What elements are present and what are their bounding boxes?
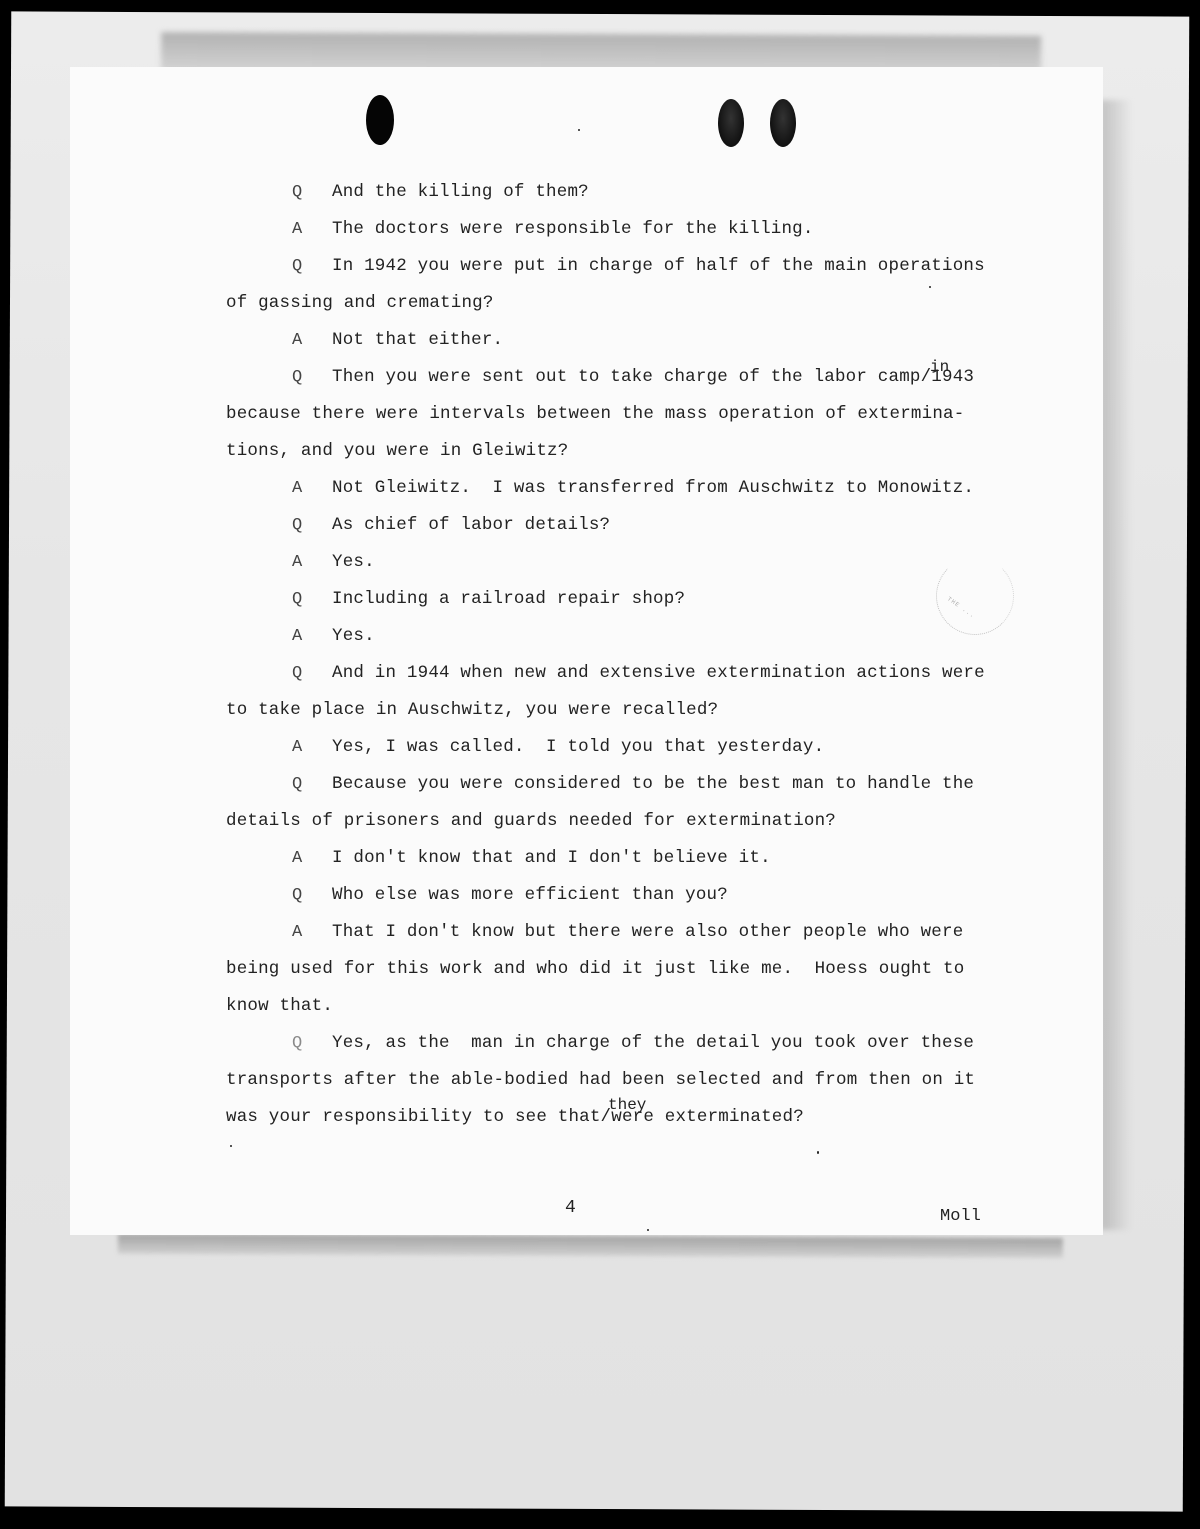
speaker-label: Q <box>292 775 302 794</box>
speaker-label: A <box>292 553 302 572</box>
speck <box>578 129 580 131</box>
transcript-line: Yes. <box>332 552 375 572</box>
transcript-line: tions, and you were in Gleiwitz? <box>226 441 568 461</box>
transcript-line: Not Gleiwitz. I was transferred from Aus… <box>332 478 974 498</box>
speaker-label: A <box>292 627 302 646</box>
speaker-label: A <box>292 220 302 239</box>
transcript-line: know that. <box>226 996 333 1016</box>
interlinear-insertion: they <box>608 1096 646 1114</box>
transcript-line: Not that either. <box>332 330 503 350</box>
speck <box>817 1151 819 1154</box>
transcript-line: Yes. <box>332 626 375 646</box>
speaker-label: A <box>292 479 302 498</box>
transcript-line: I don't know that and I don't believe it… <box>332 848 771 868</box>
speaker-label: A <box>292 923 302 942</box>
transcript-line: of gassing and cremating? <box>226 293 494 313</box>
transcript-line: And in 1944 when new and extensive exter… <box>332 663 985 683</box>
transcript-line: was your responsibility to see that/were… <box>226 1107 804 1127</box>
transcript-line: Who else was more efficient than you? <box>332 885 728 905</box>
author-mark: Moll <box>940 1207 981 1226</box>
speck <box>929 286 931 288</box>
speaker-label: Q <box>292 664 302 683</box>
transcript-body: QAnd the killing of them?AThe doctors we… <box>70 67 1103 1235</box>
speaker-label: Q <box>292 516 302 535</box>
speaker-label: Q <box>292 183 302 202</box>
transcript-line: In 1942 you were put in charge of half o… <box>332 256 985 276</box>
speaker-label: Q <box>292 1034 302 1053</box>
speaker-label: Q <box>292 368 302 387</box>
transcript-line: That I don't know but there were also ot… <box>332 922 963 942</box>
speaker-label: A <box>292 849 302 868</box>
transcript-line: Yes, I was called. I told you that yeste… <box>332 737 824 757</box>
transcript-line: Because you were considered to be the be… <box>332 774 974 794</box>
transcript-line: As chief of labor details? <box>332 515 610 535</box>
speck <box>230 1145 232 1147</box>
transcript-line: because there were intervals between the… <box>226 404 964 424</box>
transcript-line: transports after the able-bodied had bee… <box>226 1070 975 1090</box>
document-page: THE ... QAnd the killing of them?AThe do… <box>70 67 1103 1235</box>
transcript-line: And the killing of them? <box>332 182 589 202</box>
transcript-line: The doctors were responsible for the kil… <box>332 219 814 239</box>
transcript-line: details of prisoners and guards needed f… <box>226 811 836 831</box>
transcript-line: Including a railroad repair shop? <box>332 589 685 609</box>
transcript-line: Then you were sent out to take charge of… <box>332 367 974 387</box>
sheet-shadow <box>1100 100 1130 1230</box>
speaker-label: Q <box>292 886 302 905</box>
speaker-label: A <box>292 738 302 757</box>
speaker-label: Q <box>292 590 302 609</box>
speaker-label: Q <box>292 257 302 276</box>
interlinear-insertion: in <box>930 358 949 376</box>
page-number: 4 <box>565 1198 576 1218</box>
speaker-label: A <box>292 331 302 350</box>
transcript-line: being used for this work and who did it … <box>226 959 964 979</box>
transcript-line: to take place in Auschwitz, you were rec… <box>226 700 718 720</box>
speck <box>647 1229 649 1231</box>
transcript-line: Yes, as the man in charge of the detail … <box>332 1033 974 1053</box>
